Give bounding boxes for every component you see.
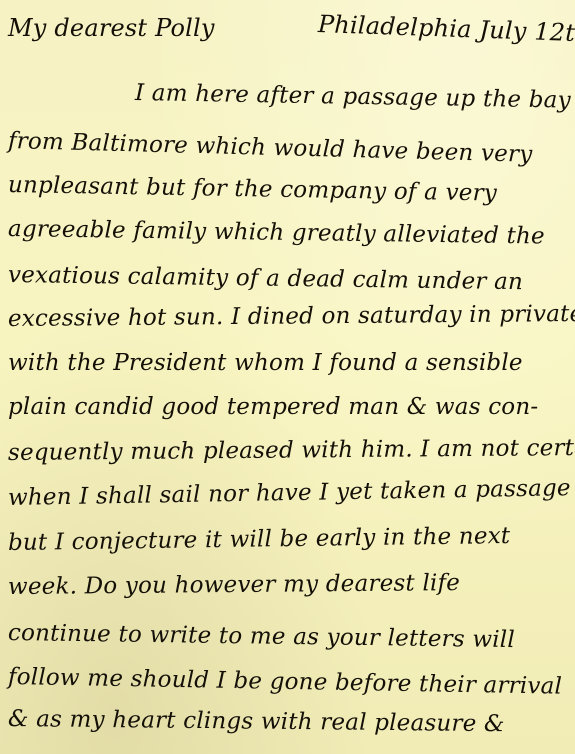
- letter-body-line: plain candid good tempered man & was con…: [8, 394, 538, 420]
- letter-body-line: unpleasant but for the company of a very: [8, 172, 497, 207]
- letter-body-line: I am here after a passage up the bay: [135, 80, 571, 114]
- letter-body-line: excessive hot sun. I dined on saturday i…: [8, 301, 575, 332]
- handwritten-letter-page: My dearest Polly Philadelphia July 12th …: [0, 0, 575, 754]
- letter-body-line: with the President whom I found a sensib…: [8, 350, 523, 376]
- letter-salutation: My dearest Polly: [8, 14, 215, 42]
- letter-body-line: agreeable family which greatly alleviate…: [8, 216, 545, 249]
- letter-body-line: when I shall sail nor have I yet taken a…: [8, 475, 571, 511]
- letter-body-line: from Baltimore which would have been ver…: [8, 128, 533, 168]
- letter-body-line: week. Do you however my dearest life: [8, 570, 460, 600]
- letter-body-line: vexatious calamity of a dead calm under …: [8, 262, 523, 295]
- letter-body-line: follow me should I be gone before their …: [8, 664, 562, 700]
- letter-body-line: continue to write to me as your letters …: [8, 620, 515, 653]
- letter-body-line: but I conjecture it will be early in the…: [8, 523, 511, 556]
- letter-dateline: Philadelphia July 12th 97: [318, 10, 575, 49]
- letter-body-line: sequently much pleased with him. I am no…: [8, 435, 575, 466]
- letter-body-line: & as my heart clings with real pleasure …: [8, 706, 505, 737]
